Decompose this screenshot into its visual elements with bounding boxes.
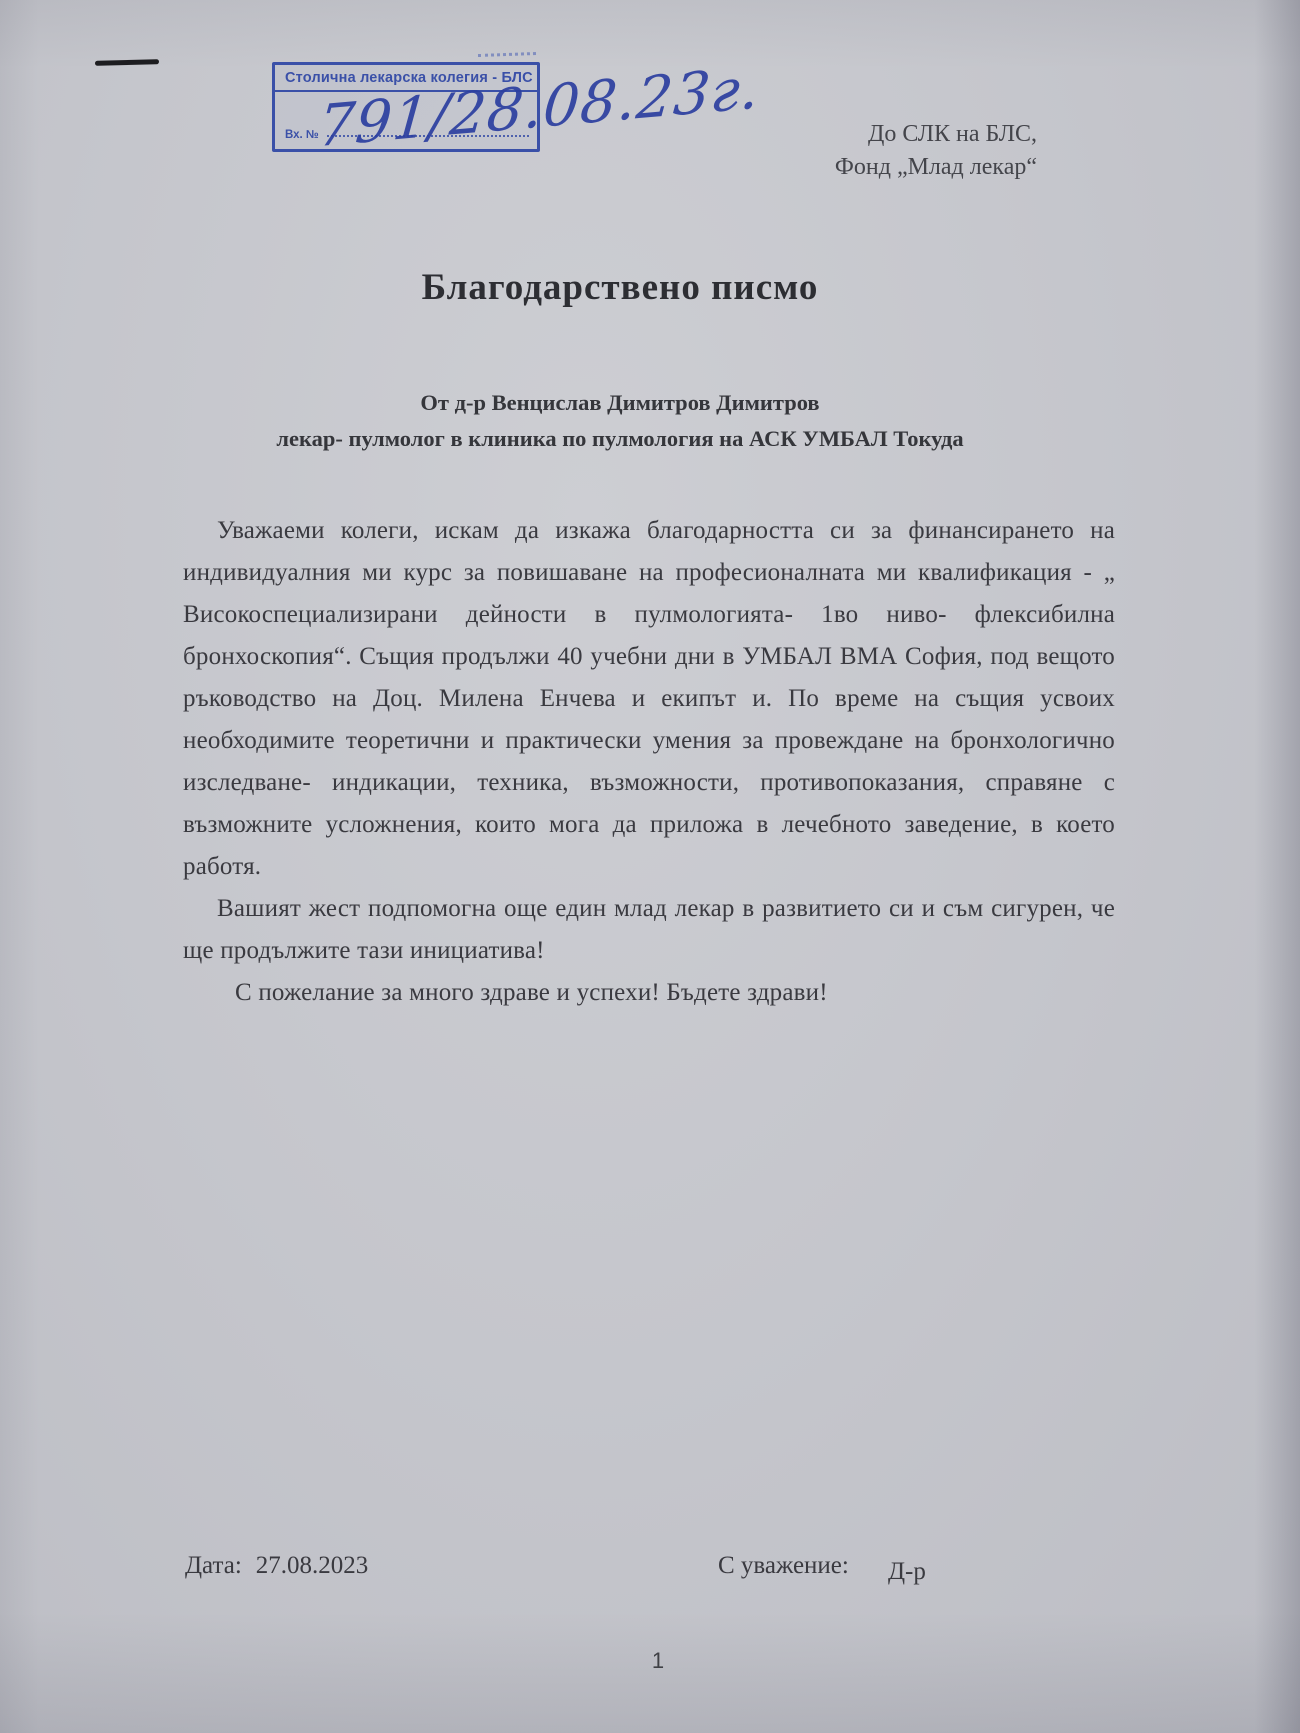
date-line: Дата:27.08.2023 xyxy=(185,1552,368,1580)
body-paragraph-2: Вашият жест подпомогна още един млад лек… xyxy=(183,888,1115,972)
sender-block: От д-р Венцислав Димитров Димитров лекар… xyxy=(0,385,1240,457)
page-number: 1 xyxy=(0,1648,1300,1674)
addressee-line-1: До СЛК на БЛС, xyxy=(835,118,1037,151)
regards-label: С уважение: xyxy=(718,1552,849,1580)
date-value: 27.08.2023 xyxy=(256,1552,369,1579)
stamp-entry-number-label: Вх. № xyxy=(285,129,319,141)
stamp-ink-smudge xyxy=(478,52,536,57)
scanned-letter-page: Столична лекарска колегия - БЛС Вх. № 79… xyxy=(0,0,1300,1733)
signature-text: Д-р xyxy=(888,1558,926,1586)
sender-position-line: лекар- пулмолог в клиника по пулмология … xyxy=(0,421,1240,457)
letter-body: Уважаеми колеги, искам да изкажа благода… xyxy=(183,510,1115,1014)
addressee-line-2: Фонд „Млад лекар“ xyxy=(835,151,1037,184)
sender-name-line: От д-р Венцислав Димитров Димитров xyxy=(0,385,1240,421)
date-label: Дата: xyxy=(185,1552,242,1579)
body-paragraph-1: Уважаеми колеги, искам да изкажа благода… xyxy=(183,510,1115,888)
addressee-block: До СЛК на БЛС, Фонд „Млад лекар“ xyxy=(835,118,1037,184)
letter-title: Благодарствено писмо xyxy=(0,266,1240,309)
body-paragraph-3: С пожелание за много здраве и успехи! Бъ… xyxy=(183,972,1115,1014)
scan-mark-dash xyxy=(95,59,159,66)
